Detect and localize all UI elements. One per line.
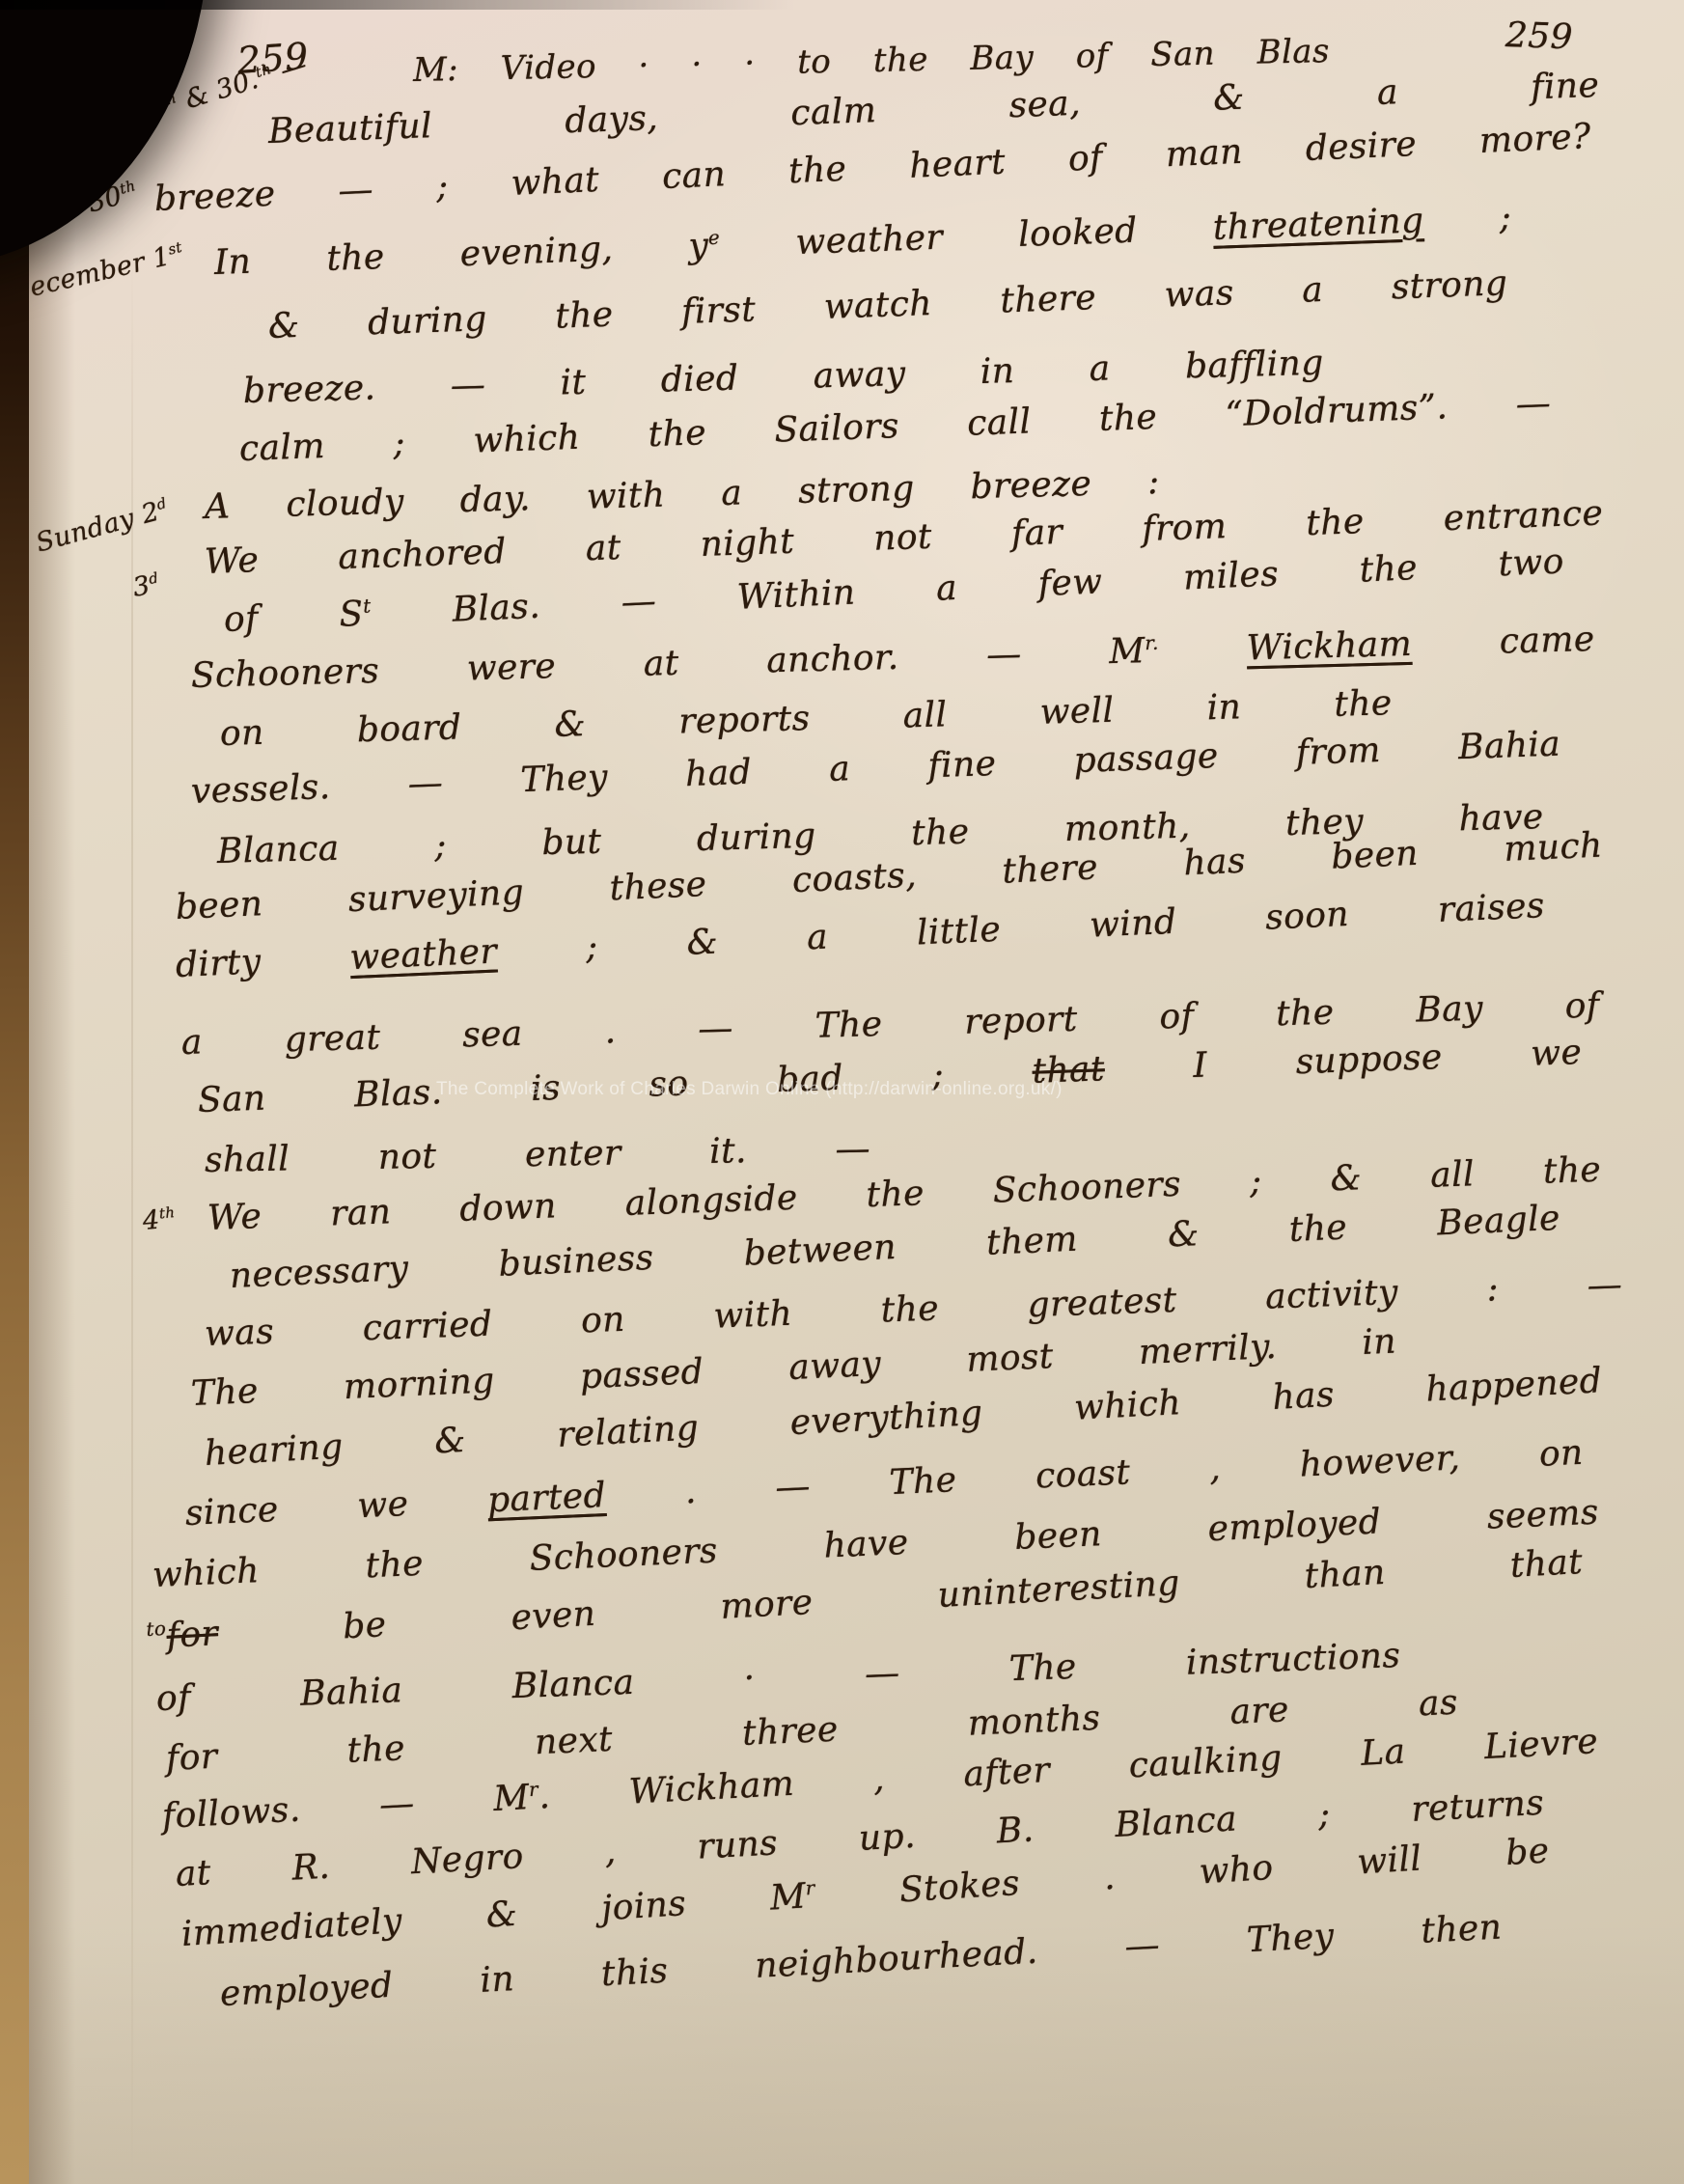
line-shall-not-enter: shall not enter it. — xyxy=(205,1129,871,1180)
margin-date-3d: 3d xyxy=(130,568,161,602)
page-number-top-right: 259 xyxy=(1505,15,1573,58)
diary-paper-page: 259 M: Video · · · to the Bay of San Bla… xyxy=(0,0,1684,2184)
watermark-text: The Complete Work of Charles Darwin Onli… xyxy=(436,1079,1063,1100)
margin-date-december-1st: December 1st xyxy=(7,238,187,308)
margin-date-4th: 4th xyxy=(142,1203,177,1236)
margin-crease-line xyxy=(131,251,133,2184)
margin-date-sunday-2d: Sunday 2d xyxy=(33,494,172,558)
line-first-watch: & during the first watch there was a str… xyxy=(267,263,1508,346)
photograph-of-diary-page: { "page": { "page_number_inline": "259",… xyxy=(0,0,1684,2184)
book-binding-edge xyxy=(0,0,29,2184)
